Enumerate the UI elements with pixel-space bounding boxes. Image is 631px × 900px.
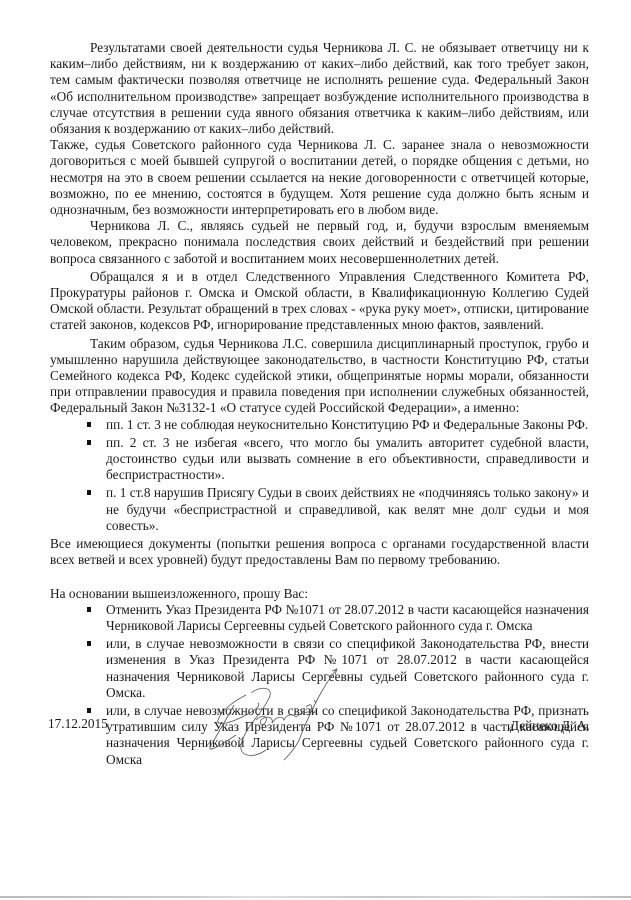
paragraph-appeals: Обращался я и в отдел Следственного Упра… — [50, 269, 589, 334]
list-item: пп. 1 ст. 3 не соблюдая неукоснительно К… — [50, 417, 589, 433]
bullet-icon — [87, 490, 91, 495]
paragraph-documents: Все имеющиеся документы (попытки решения… — [50, 536, 589, 568]
document-date: 17.12.2015 — [48, 716, 108, 732]
paragraph-also: Также, судья Советского районного суда Ч… — [50, 137, 589, 218]
paragraph-results: Результатами своей деятельности судья Че… — [50, 40, 589, 137]
signer-name: Дейнеко Д. А. — [510, 718, 590, 734]
bullet-icon — [87, 641, 91, 646]
document-page: Результатами своей деятельности судья Че… — [0, 0, 631, 900]
scan-edge — [0, 896, 631, 898]
bullet-icon — [87, 440, 91, 445]
document-body: Результатами своей деятельности судья Че… — [50, 40, 589, 770]
list-item: п. 1 ст.8 нарушив Присягу Судьи в своих … — [50, 485, 589, 534]
list-item: Отменить Указ Президента РФ №1071 от 28.… — [50, 602, 589, 634]
paragraph-understanding: Черникова Л. С., являясь судьей не первы… — [50, 218, 589, 267]
list-item: пп. 2 ст. 3 не избегая «всего, что могло… — [50, 435, 589, 484]
violations-list: пп. 1 ст. 3 не соблюдая неукоснительно К… — [50, 417, 589, 534]
paragraph-request-intro: На основании вышеизложенного, прошу Вас: — [50, 586, 589, 602]
paragraph-conclusion: Таким образом, судья Черникова Л.С. сове… — [50, 336, 589, 417]
bullet-icon — [87, 607, 91, 612]
signature-icon — [206, 665, 346, 765]
bullet-icon — [87, 422, 91, 427]
spacer — [50, 569, 589, 586]
